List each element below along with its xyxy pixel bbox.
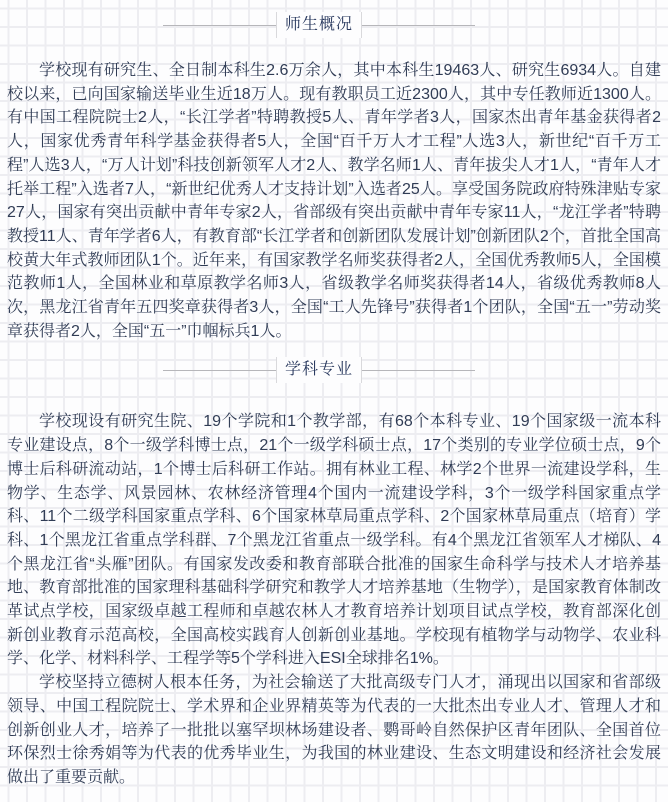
article-page: { "theme": { "background": "#fdfdfe", "g…: [0, 0, 668, 802]
paragraph: 学校现有研究生、全日制本科生2.6万余人，其中本科生19463人、研究生6934…: [7, 59, 661, 343]
title-divider-line-left: [163, 370, 276, 371]
section-faculty-overview: 师生概况 学校现有研究生、全日制本科生2.6万余人，其中本科生19463人、研究…: [7, 12, 661, 343]
section-title-decoration: 学科专业: [163, 357, 475, 383]
title-divider-line-right: [362, 370, 475, 371]
title-divider-line-left: [163, 25, 276, 26]
paragraph: 学校现设有研究生院、19个学院和1个教学部，有68个本科专业、19个国家级一流本…: [7, 410, 661, 671]
section-title: 学科专业: [276, 357, 362, 383]
section-title: 师生概况: [276, 12, 362, 38]
section-disciplines-majors: 学科专业 学校现设有研究生院、19个学院和1个教学部，有68个本科专业、19个国…: [7, 357, 661, 789]
paragraph: 学校坚持立德树人根本任务，为社会输送了大批高级专门人才，涌现出以国家和省部级领导…: [7, 671, 661, 790]
title-divider-line-right: [362, 25, 475, 26]
section-title-decoration: 师生概况: [163, 12, 475, 38]
